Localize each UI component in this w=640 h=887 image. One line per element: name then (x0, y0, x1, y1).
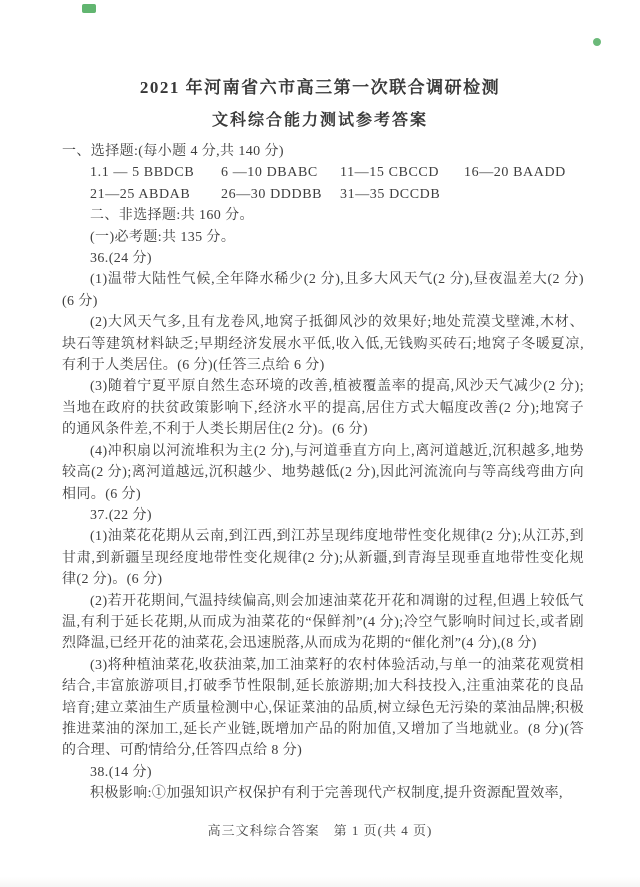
document-title: 2021 年河南省六市高三第一次联合调研检测 (0, 76, 640, 100)
answer-range-6-10: 6 —10 DBABC (221, 162, 340, 183)
green-artifact-right (593, 38, 601, 46)
scanned-answer-document: 2021 年河南省六市高三第一次联合调研检测 文科综合能力测试参考答案 一、选择… (0, 0, 640, 887)
answer-content: 一、选择题:(每小题 4 分,共 140 分) 1.1 — 5 BBDCB 6 … (62, 141, 584, 805)
required-questions-heading: (一)必考题:共 135 分。 (62, 227, 584, 248)
q37-answer-2: (2)若开花期间,气温持续偏高,则会加速油菜花开花和凋谢的过程,但遇上较低气温,… (62, 591, 584, 655)
page-footer: 高三文科综合答案 第 1 页(共 4 页) (0, 820, 640, 839)
q36-answer-3: (3)随着宁夏平原自然生态环境的改善,植被覆盖率的提高,风沙天气减少(2 分);… (62, 376, 584, 440)
answer-range-1-5: 1.1 — 5 BBDCB (90, 162, 221, 183)
document-header: 2021 年河南省六市高三第一次联合调研检测 文科综合能力测试参考答案 (0, 76, 640, 133)
q36-answer-1: (1)温带大陆性气候,全年降水稀少(2 分),且多大风天气(2 分),昼夜温差大… (62, 269, 584, 312)
green-artifact-topleft (82, 4, 96, 13)
q36-heading: 36.(24 分) (62, 248, 584, 269)
answer-range-21-25: 21—25 ABDAB (90, 184, 221, 205)
q37-answer-1: (1)油菜花花期从云南,到江西,到江苏呈现纬度地带性变化规律(2 分);从江苏,… (62, 526, 584, 590)
q37-answer-3: (3)将种植油菜花,收获油菜,加工油菜籽的农村体验活动,与单一的油菜花观赏相结合… (62, 655, 584, 762)
answer-range-31-35: 31—35 DCCDB (340, 184, 440, 205)
answer-range-11-15: 11—15 CBCCD (340, 162, 464, 183)
q36-answer-2: (2)大风天气多,且有龙卷风,地窝子抵御风沙的效果好;地处荒漠戈壁滩,木材、块石… (62, 312, 584, 376)
answer-row-1: 1.1 — 5 BBDCB 6 —10 DBABC 11—15 CBCCD 16… (62, 162, 584, 183)
q37-heading: 37.(22 分) (62, 505, 584, 526)
answer-range-26-30: 26—30 DDDBB (221, 184, 340, 205)
q38-heading: 38.(14 分) (62, 762, 584, 783)
document-subtitle: 文科综合能力测试参考答案 (0, 109, 640, 133)
answer-row-2: 21—25 ABDAB 26—30 DDDBB 31—35 DCCDB (62, 184, 584, 205)
q36-answer-4: (4)冲积扇以河流堆积为主(2 分),与河道垂直方向上,离河道越近,沉积越多,地… (62, 441, 584, 505)
non-choice-section-heading: 二、非选择题:共 160 分。 (62, 205, 584, 226)
q38-answer-1: 积极影响:①加强知识产权保护有利于完善现代产权制度,提升资源配置效率, (62, 783, 584, 804)
choice-section-heading: 一、选择题:(每小题 4 分,共 140 分) (62, 141, 584, 162)
answer-range-16-20: 16—20 BAADD (464, 162, 566, 183)
